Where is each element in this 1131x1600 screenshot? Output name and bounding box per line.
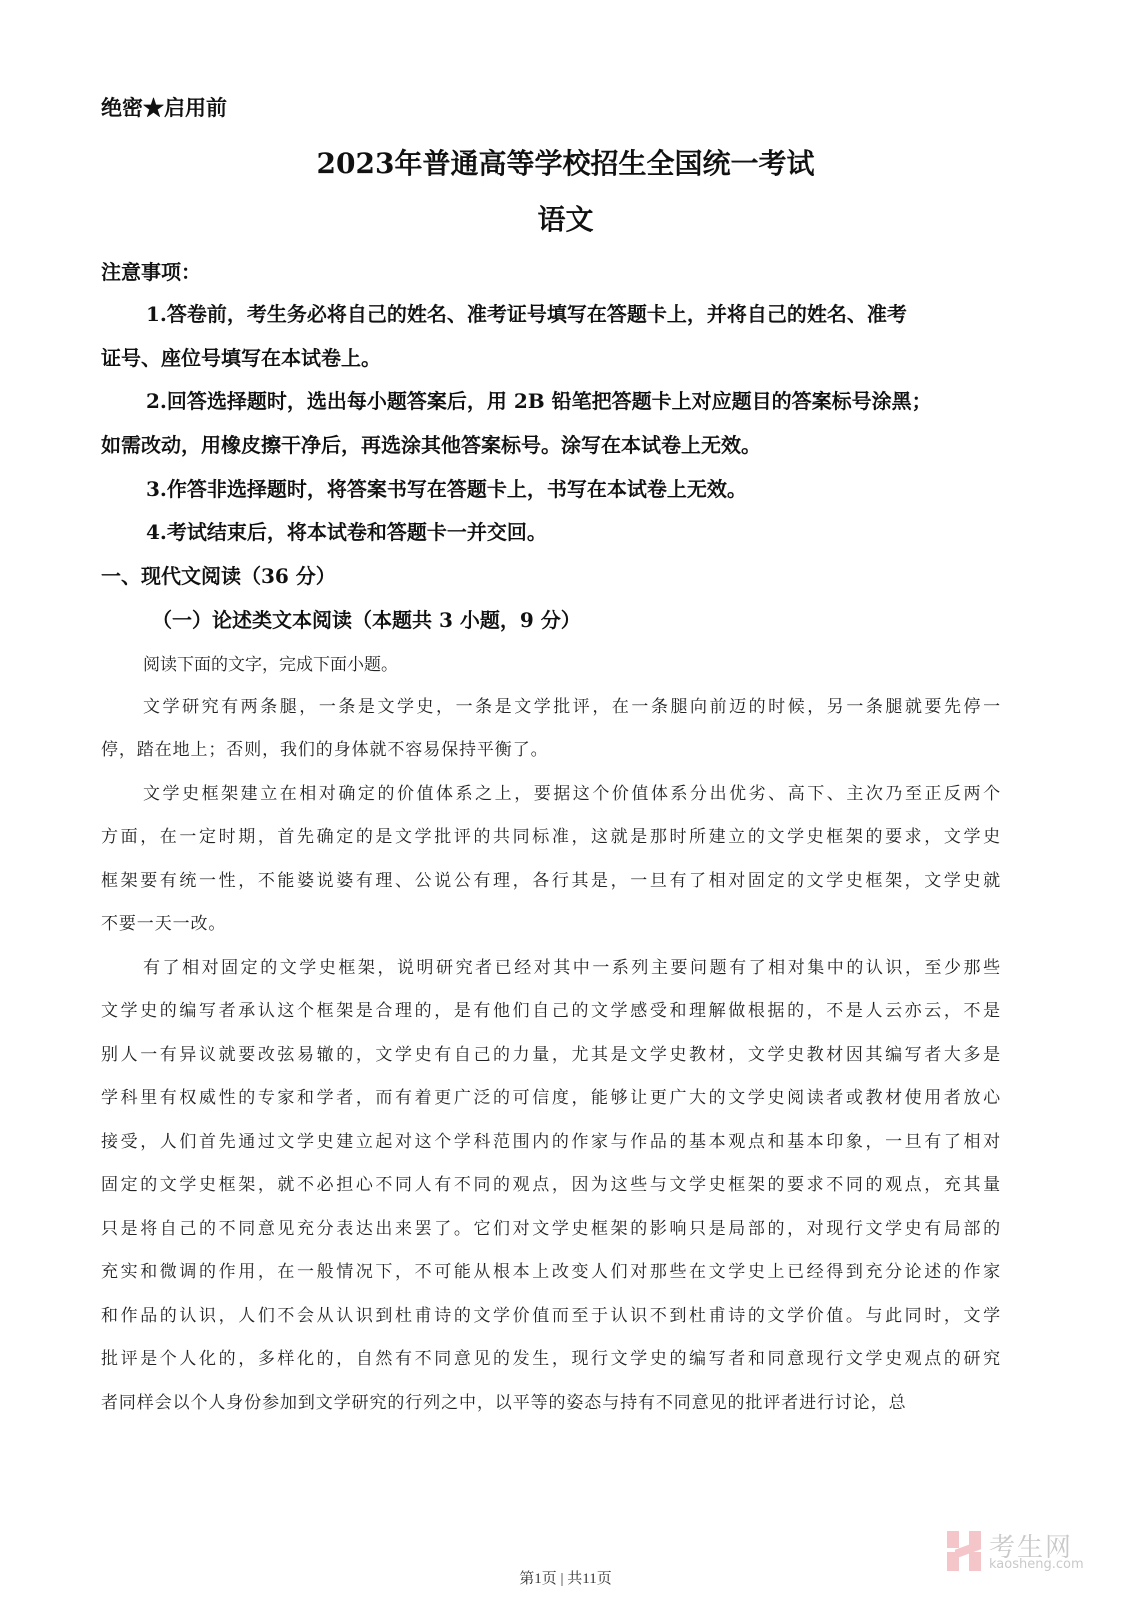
- passage-line: 只是将自己的不同意见充分表达出来罢了。它们对文学史框架的影响只是局部的，对现行文…: [101, 1214, 1001, 1239]
- notice-item-3: 3.作答非选择题时，将答案书写在答题卡上，书写在本试卷上无效。: [146, 473, 1046, 502]
- passage-line: 框架要有统一性，不能婆说婆有理、公说公有理，各行其是，一旦有了相对固定的文学史框…: [101, 866, 1001, 891]
- notice-item-2-line-1: 2.回答选择题时，选出每小题答案后，用 2B 铅笔把答题卡上对应题目的答案标号涂…: [146, 385, 992, 414]
- notice-item-1-line-1: 1.答卷前，考生务必将自己的姓名、准考证号填写在答题卡上，并将自己的姓名、准考: [146, 298, 992, 327]
- section-heading: 一、现代文阅读（36 分）: [101, 560, 336, 589]
- passage-line: 者同样会以个人身份参加到文学研究的行列之中，以平等的姿态与持有不同意见的批评者进…: [101, 1388, 1001, 1413]
- passage-line: 文学史的编写者承认这个框架是合理的，是有他们自己的文学感受和理解做根据的，不是人…: [101, 996, 1001, 1021]
- exam-page: 绝密★启用前 2023年普通高等学校招生全国统一考试 语文 注意事项： 1.答卷…: [0, 0, 1131, 1600]
- subject-title: 语文: [0, 198, 1131, 238]
- passage-line: 批评是个人化的，多样化的，自然有不同意见的发生，现行文学史的编写者和同意现行文学…: [101, 1344, 1001, 1369]
- passage-line: 和作品的认识，人们不会从认识到杜甫诗的文学价值而至于认识不到杜甫诗的文学价值。与…: [101, 1301, 1001, 1326]
- passage-line: 文学研究有两条腿，一条是文学史，一条是文学批评，在一条腿向前迈的时候，另一条腿就…: [143, 692, 1001, 717]
- notice-item-1-line-2: 证号、座位号填写在本试卷上。: [101, 342, 1001, 371]
- section-instruction: 阅读下面的文字，完成下面小题。: [143, 650, 398, 675]
- passage-line: 不要一天一改。: [101, 909, 1001, 934]
- notice-item-2-line-2: 如需改动，用橡皮擦干净后，再选涂其他答案标号。涂写在本试卷上无效。: [101, 429, 1001, 458]
- passage-line: 学科里有权威性的专家和学者，而有着更广泛的可信度，能够让更广大的文学史阅读者或教…: [101, 1083, 1001, 1108]
- passage-line: 固定的文学史框架，就不必担心不同人有不同的观点，因为这些与文学史框架的要求不同的…: [101, 1170, 1001, 1195]
- passage-line: 文学史框架建立在相对确定的价值体系之上，要据这个价值体系分出优劣、高下、主次乃至…: [143, 779, 1001, 804]
- confidential-label: 绝密★启用前: [101, 92, 227, 122]
- passage-line: 别人一有异议就要改弦易辙的，文学史有自己的力量，尤其是文学史教材，文学史教材因其…: [101, 1040, 1001, 1065]
- passage-line: 接受，人们首先通过文学史建立起对这个学科范围内的作家与作品的基本观点和基本印象，…: [101, 1127, 1001, 1152]
- notice-title: 注意事项：: [101, 256, 201, 285]
- kaosheng-logo-icon: [947, 1531, 981, 1571]
- notice-item-4: 4.考试结束后，将本试卷和答题卡一并交回。: [146, 516, 1046, 545]
- passage-line: 充实和微调的作用，在一般情况下，不可能从根本上改变人们对那些在文学史上已经得到充…: [101, 1257, 1001, 1282]
- section-subheading: （一）论述类文本阅读（本题共 3 小题，9 分）: [152, 604, 581, 633]
- exam-title: 2023年普通高等学校招生全国统一考试: [0, 142, 1131, 182]
- page-footer: 第1页 | 共11页: [0, 1567, 1131, 1588]
- passage-line: 方面，在一定时期，首先确定的是文学批评的共同标准，这就是那时所建立的文学史框架的…: [101, 822, 1001, 847]
- passage-line: 有了相对固定的文学史框架，说明研究者已经对其中一系列主要问题有了相对集中的认识，…: [143, 953, 1001, 978]
- passage-line: 停，踏在地上；否则，我们的身体就不容易保持平衡了。: [101, 735, 1001, 760]
